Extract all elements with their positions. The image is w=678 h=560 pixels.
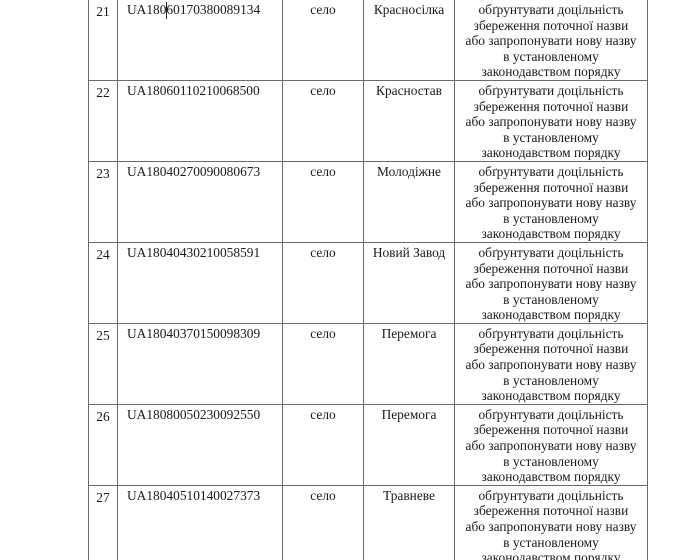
row-number-cell: 22 (89, 80, 118, 161)
row-number: 23 (89, 164, 117, 182)
recommendation: обґрунтувати доцільність збереження пото… (455, 243, 647, 323)
settlement-category-cell: село (283, 0, 364, 80)
settlement-name-cell: Перемога (364, 323, 455, 404)
row-number-cell: 24 (89, 242, 118, 323)
recommendation: обґрунтувати доцільність збереження пото… (455, 486, 647, 560)
row-number: 27 (89, 488, 117, 506)
settlement-code-cell: UA18060170380089134 (118, 0, 283, 80)
settlement-code-cell: UA18080050230092550 (118, 404, 283, 485)
table-row: 22UA18060110210068500селоКрасноставобґру… (89, 80, 648, 161)
recommendation-cell: обґрунтувати доцільність збереження пото… (455, 485, 648, 560)
settlement-code: UA18080050230092550 (127, 405, 282, 423)
settlements-table: 21UA18060170380089134селоКрасносілкаобґр… (88, 0, 648, 560)
text-cursor (166, 2, 167, 19)
row-number-cell: 27 (89, 485, 118, 560)
settlement-category: село (283, 324, 363, 342)
recommendation: обґрунтувати доцільність збереження пото… (455, 324, 647, 404)
row-number: 25 (89, 326, 117, 344)
settlement-code: UA18040370150098309 (127, 324, 282, 342)
row-number-cell: 21 (89, 0, 118, 80)
settlement-code: UA18040430210058591 (127, 243, 282, 261)
settlement-name: Молодіжне (364, 162, 454, 180)
recommendation: обґрунтувати доцільність збереження пото… (455, 0, 647, 80)
recommendation-cell: обґрунтувати доцільність збереження пото… (455, 242, 648, 323)
table-row: 25UA18040370150098309селоПеремогаобґрунт… (89, 323, 648, 404)
settlement-name: Перемога (364, 324, 454, 342)
recommendation: обґрунтувати доцільність збереження пото… (455, 405, 647, 485)
settlement-category-cell: село (283, 80, 364, 161)
recommendation: обґрунтувати доцільність збереження пото… (455, 162, 647, 242)
settlement-name: Красностав (364, 81, 454, 99)
settlement-code-cell: UA18040510140027373 (118, 485, 283, 560)
settlement-code-cell: UA18040270090080673 (118, 161, 283, 242)
settlement-name: Перемога (364, 405, 454, 423)
row-number: 24 (89, 245, 117, 263)
settlement-name-cell: Новий Завод (364, 242, 455, 323)
settlement-name: Травневе (364, 486, 454, 504)
recommendation-cell: обґрунтувати доцільність збереження пото… (455, 404, 648, 485)
settlement-category: село (283, 162, 363, 180)
recommendation-cell: обґрунтувати доцільність збереження пото… (455, 0, 648, 80)
settlement-category: село (283, 405, 363, 423)
settlement-code-cell: UA18040370150098309 (118, 323, 283, 404)
settlement-code-cell: UA18060110210068500 (118, 80, 283, 161)
settlement-category-cell: село (283, 161, 364, 242)
settlement-name-cell: Травневе (364, 485, 455, 560)
settlement-name: Новий Завод (364, 243, 454, 261)
settlement-code: UA18060110210068500 (127, 81, 282, 99)
row-number: 22 (89, 83, 117, 101)
settlement-category-cell: село (283, 323, 364, 404)
table-row: 27UA18040510140027373селоТравневеобґрунт… (89, 485, 648, 560)
settlement-code: UA18040270090080673 (127, 162, 282, 180)
settlement-name-cell: Молодіжне (364, 161, 455, 242)
settlement-name-cell: Красносілка (364, 0, 455, 80)
settlement-name-cell: Красностав (364, 80, 455, 161)
settlement-category: село (283, 81, 363, 99)
settlement-code: UA18040510140027373 (127, 486, 282, 504)
recommendation: обґрунтувати доцільність збереження пото… (455, 81, 647, 161)
recommendation-cell: обґрунтувати доцільність збереження пото… (455, 80, 648, 161)
table-row: 24UA18040430210058591селоНовий Заводобґр… (89, 242, 648, 323)
settlement-category-cell: село (283, 242, 364, 323)
settlement-category-cell: село (283, 404, 364, 485)
settlement-category: село (283, 0, 363, 18)
settlement-code-cell: UA18040430210058591 (118, 242, 283, 323)
settlement-code: UA18060170380089134 (127, 0, 282, 18)
settlement-name: Красносілка (364, 0, 454, 18)
table-row: 26UA18080050230092550селоПеремогаобґрунт… (89, 404, 648, 485)
row-number-cell: 25 (89, 323, 118, 404)
table-row: 23UA18040270090080673селоМолодіжнеобґрун… (89, 161, 648, 242)
recommendation-cell: обґрунтувати доцільність збереження пото… (455, 323, 648, 404)
settlement-category: село (283, 243, 363, 261)
row-number: 21 (89, 2, 117, 20)
row-number-cell: 23 (89, 161, 118, 242)
table-row: 21UA18060170380089134селоКрасносілкаобґр… (89, 0, 648, 80)
recommendation-cell: обґрунтувати доцільність збереження пото… (455, 161, 648, 242)
row-number: 26 (89, 407, 117, 425)
settlement-category: село (283, 486, 363, 504)
settlement-category-cell: село (283, 485, 364, 560)
settlement-name-cell: Перемога (364, 404, 455, 485)
row-number-cell: 26 (89, 404, 118, 485)
